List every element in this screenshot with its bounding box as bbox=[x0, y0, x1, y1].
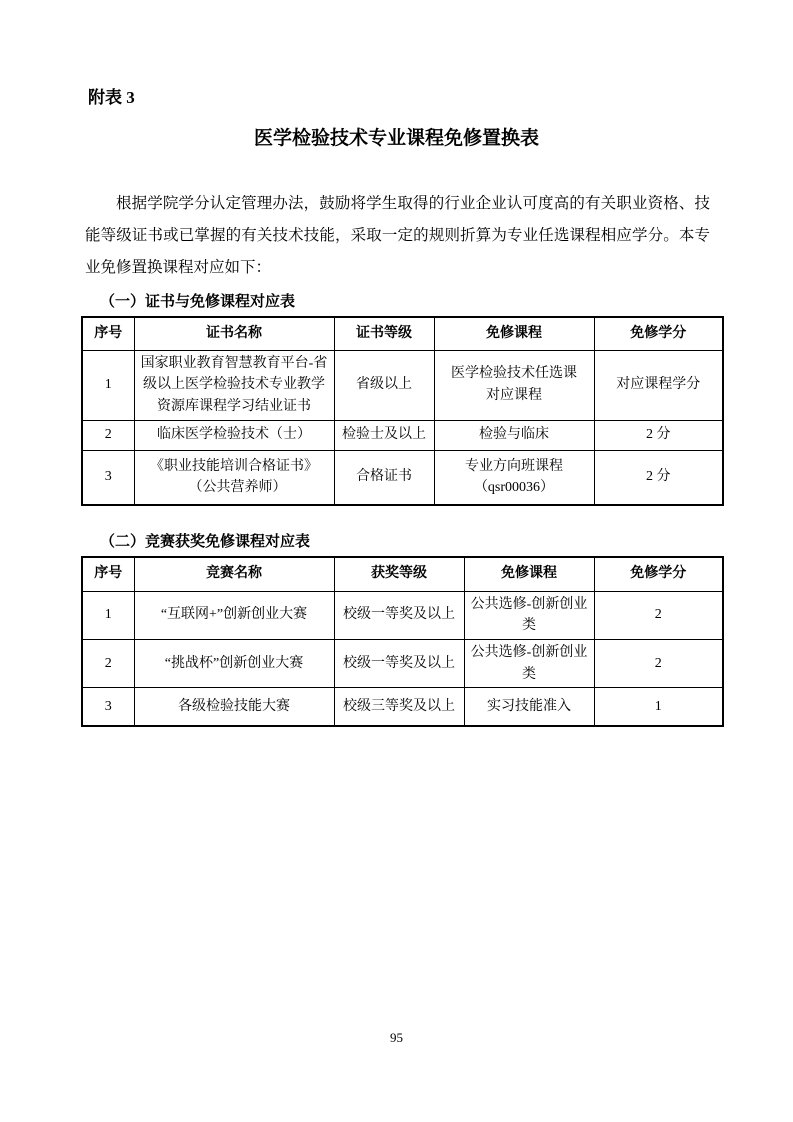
cell-no: 1 bbox=[82, 350, 134, 420]
column-header-competition-name: 竞赛名称 bbox=[134, 557, 334, 591]
cell-exempt-credit: 2 bbox=[594, 639, 723, 687]
cell-exempt-course: 公共选修-创新创业类 bbox=[464, 639, 594, 687]
cell-competition-name: “挑战杯”创新创业大赛 bbox=[134, 639, 334, 687]
column-header-cert-level: 证书等级 bbox=[334, 317, 434, 350]
cell-cert-name: 临床医学检验技术（士） bbox=[134, 420, 334, 450]
table-row: 2 “挑战杯”创新创业大赛 校级一等奖及以上 公共选修-创新创业类 2 bbox=[82, 639, 723, 687]
column-header-exempt-credit: 免修学分 bbox=[594, 557, 723, 591]
cell-exempt-course: 医学检验技术任选课 对应课程 bbox=[434, 350, 594, 420]
appendix-label: 附表 3 bbox=[88, 86, 793, 110]
cell-award-level: 校级三等奖及以上 bbox=[334, 688, 464, 726]
cell-competition-name: “互联网+”创新创业大赛 bbox=[134, 591, 334, 639]
certificate-table: 序号 证书名称 证书等级 免修课程 免修学分 1 国家职业教育智慧教育平台-省级… bbox=[81, 316, 724, 506]
cell-exempt-course: 实习技能准入 bbox=[464, 688, 594, 726]
certificate-table-header-row: 序号 证书名称 证书等级 免修课程 免修学分 bbox=[82, 317, 723, 350]
cell-exempt-credit: 2 分 bbox=[594, 450, 723, 505]
cell-cert-level: 省级以上 bbox=[334, 350, 434, 420]
cell-no: 3 bbox=[82, 688, 134, 726]
competition-table-header-row: 序号 竞赛名称 获奖等级 免修课程 免修学分 bbox=[82, 557, 723, 591]
table-row: 1 “互联网+”创新创业大赛 校级一等奖及以上 公共选修-创新创业类 2 bbox=[82, 591, 723, 639]
cell-exempt-course: 检验与临床 bbox=[434, 420, 594, 450]
cell-cert-name: 国家职业教育智慧教育平台-省级以上医学检验技术专业教学资源库课程学习结业证书 bbox=[134, 350, 334, 420]
page-number: 95 bbox=[0, 1030, 793, 1046]
cell-cert-level: 合格证书 bbox=[334, 450, 434, 505]
cell-no: 2 bbox=[82, 420, 134, 450]
table-row: 3 《职业技能培训合格证书》 （公共营养师） 合格证书 专业方向班课程（qsr0… bbox=[82, 450, 723, 505]
cell-exempt-credit: 2 bbox=[594, 591, 723, 639]
cell-exempt-credit: 2 分 bbox=[594, 420, 723, 450]
cell-cert-level: 检验士及以上 bbox=[334, 420, 434, 450]
cell-exempt-course: 公共选修-创新创业类 bbox=[464, 591, 594, 639]
table-row: 2 临床医学检验技术（士） 检验士及以上 检验与临床 2 分 bbox=[82, 420, 723, 450]
competition-table: 序号 竞赛名称 获奖等级 免修课程 免修学分 1 “互联网+”创新创业大赛 校级… bbox=[81, 556, 724, 727]
column-header-exempt-course: 免修课程 bbox=[464, 557, 594, 591]
document-title: 医学检验技术专业课程免修置换表 bbox=[0, 126, 793, 152]
column-header-no: 序号 bbox=[82, 317, 134, 350]
cell-award-level: 校级一等奖及以上 bbox=[334, 639, 464, 687]
cell-no: 3 bbox=[82, 450, 134, 505]
cell-award-level: 校级一等奖及以上 bbox=[334, 591, 464, 639]
column-header-no: 序号 bbox=[82, 557, 134, 591]
table-row: 3 各级检验技能大赛 校级三等奖及以上 实习技能准入 1 bbox=[82, 688, 723, 726]
cell-exempt-credit: 对应课程学分 bbox=[594, 350, 723, 420]
cell-exempt-credit: 1 bbox=[594, 688, 723, 726]
cell-no: 1 bbox=[82, 591, 134, 639]
section-heading-competitions: （二）竞赛获奖免修课程对应表 bbox=[100, 532, 793, 552]
section-heading-certificates: （一）证书与免修课程对应表 bbox=[100, 292, 793, 312]
column-header-award-level: 获奖等级 bbox=[334, 557, 464, 591]
column-header-exempt-course: 免修课程 bbox=[434, 317, 594, 350]
intro-paragraph: 根据学院学分认定管理办法，鼓励将学生取得的行业企业认可度高的有关职业资格、技能等… bbox=[85, 188, 710, 284]
table-row: 1 国家职业教育智慧教育平台-省级以上医学检验技术专业教学资源库课程学习结业证书… bbox=[82, 350, 723, 420]
document-page: 附表 3 医学检验技术专业课程免修置换表 根据学院学分认定管理办法，鼓励将学生取… bbox=[0, 0, 793, 1122]
cell-exempt-course: 专业方向班课程（qsr00036） bbox=[434, 450, 594, 505]
column-header-exempt-credit: 免修学分 bbox=[594, 317, 723, 350]
cell-competition-name: 各级检验技能大赛 bbox=[134, 688, 334, 726]
cell-cert-name: 《职业技能培训合格证书》 （公共营养师） bbox=[134, 450, 334, 505]
cell-no: 2 bbox=[82, 639, 134, 687]
column-header-cert-name: 证书名称 bbox=[134, 317, 334, 350]
